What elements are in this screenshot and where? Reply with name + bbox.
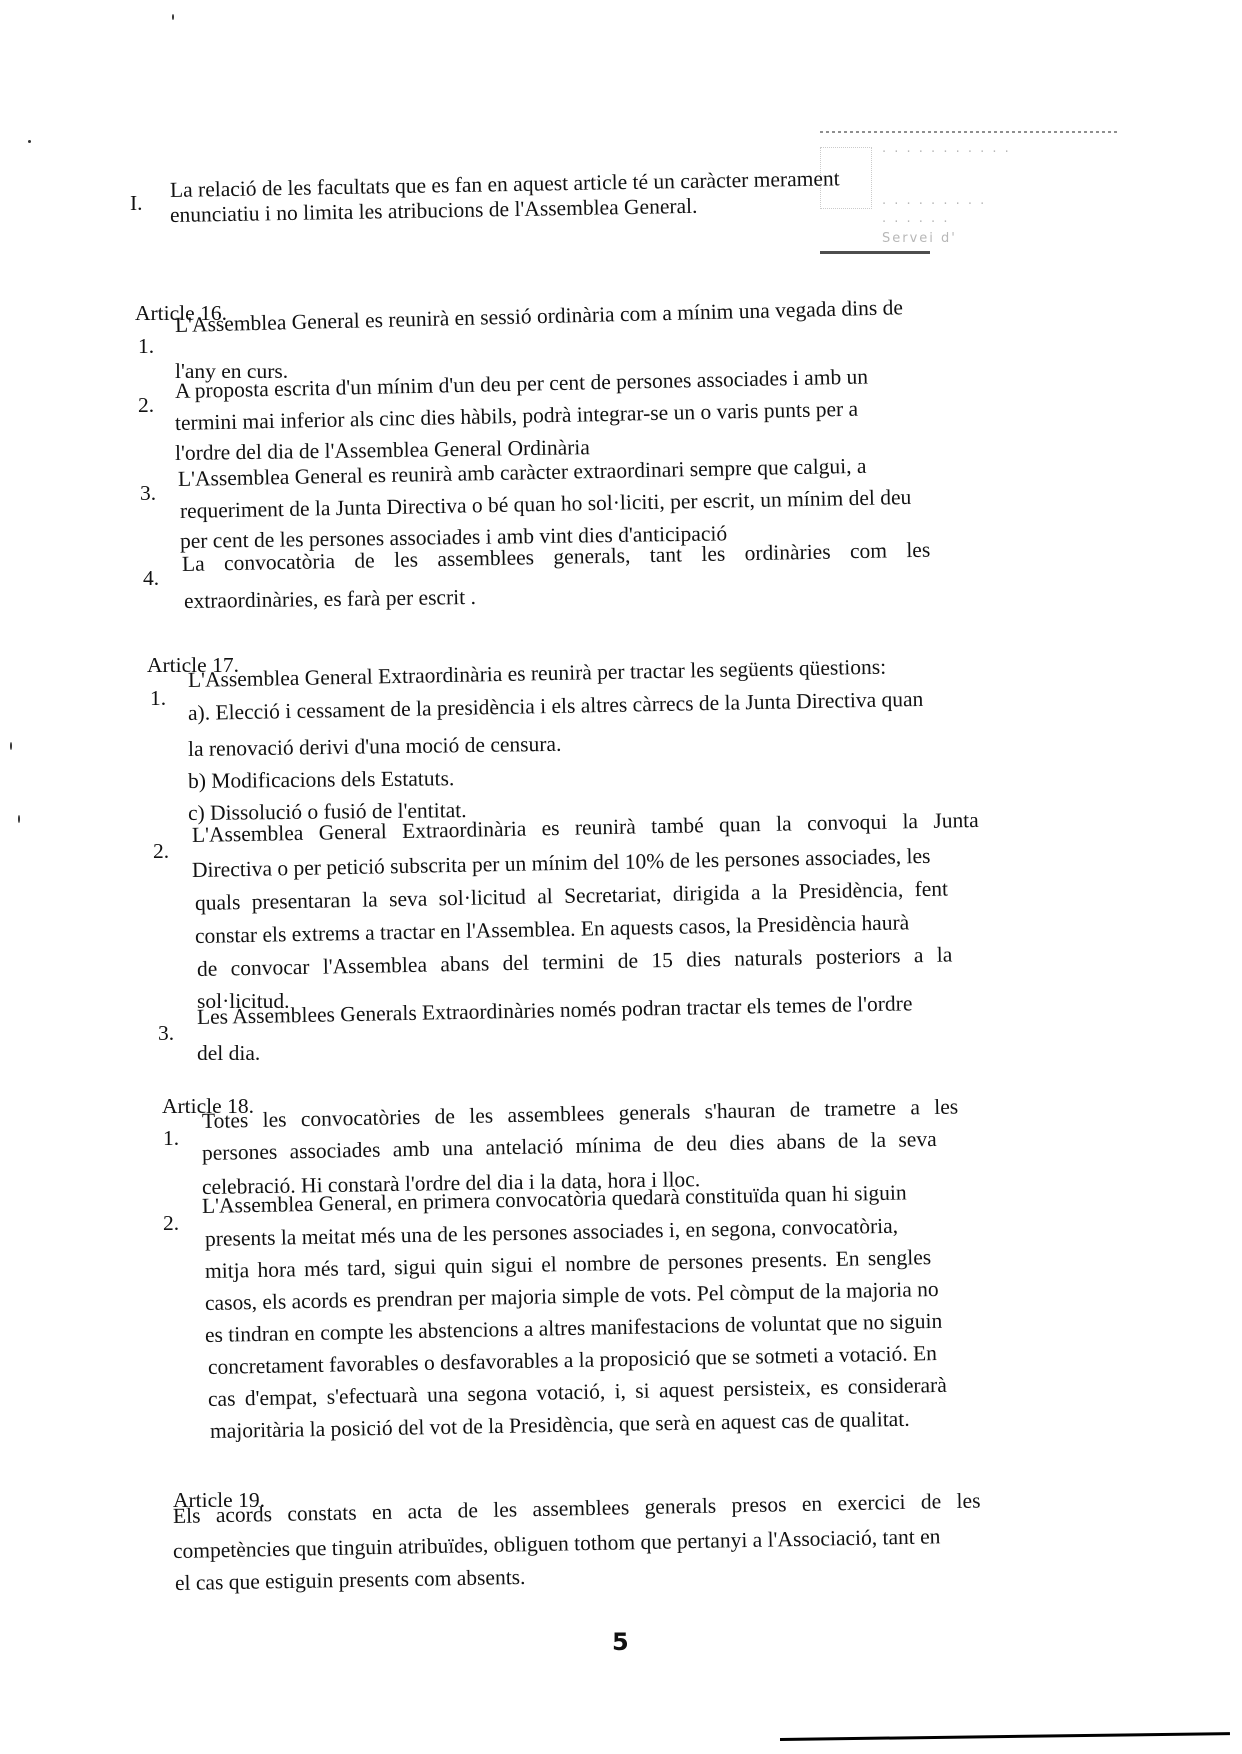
stamp-top-rule [820, 131, 1120, 133]
article-17-item-number: 2. [153, 838, 169, 864]
intro-item-number: I. [130, 190, 143, 216]
article-17-item-3-line: del dia. [197, 1040, 260, 1066]
scan-speck [172, 14, 174, 20]
article-16-item-number: 4. [143, 565, 159, 591]
article-17-item-1-subitem: la renovació derivi d'una moció de censu… [188, 731, 562, 762]
article-16-item-3-line: requeriment de la Junta Directiva o bé q… [180, 484, 912, 524]
footer-rule [780, 1732, 1230, 1741]
official-stamp: · · · · · · · · · · · · · · · · · · · · … [820, 125, 1120, 255]
article-18-item-number: 1. [163, 1125, 179, 1151]
article-17-item-2-line: de convocar l'Assemblea abans del termin… [197, 942, 953, 982]
scanned-page: · · · · · · · · · · · · · · · · · · · · … [0, 0, 1242, 1754]
article-16-item-1-line: L'Assemblea General es reunirà en sessió… [175, 294, 903, 338]
article-16-item-number: 2. [138, 392, 154, 418]
article-18-item-1-line: persones associades amb una antelació mí… [202, 1126, 937, 1166]
article-17-item-number: 3. [158, 1020, 174, 1046]
article-18-item-2-line: majoritària la posició del vot de la Pre… [210, 1406, 910, 1444]
stamp-service-label: Servei d' [882, 231, 957, 246]
page-number: 5 [612, 1628, 629, 1656]
article-16-item-number: 3. [140, 480, 156, 506]
stamp-faint-text: · · · · · · · · · [882, 197, 986, 212]
article-19-paragraph-line: competències que tinguin atribuïdes, obl… [173, 1523, 941, 1564]
stamp-bottom-rule [820, 251, 930, 254]
article-16-item-number: 1. [138, 333, 154, 359]
article-17-item-1-subitem: a). Elecció i cessament de la presidènci… [188, 686, 924, 726]
stamp-faint-text: · · · · · · [882, 215, 949, 230]
article-16-item-4-line: extraordinàries, es farà per escrit . [184, 584, 476, 614]
scan-speck [18, 815, 20, 823]
article-18-item-number: 2. [163, 1210, 179, 1236]
article-17-item-1-subitem: b) Modificacions dels Estatuts. [188, 765, 455, 794]
scan-speck [28, 140, 31, 143]
article-19-paragraph-line: Els acords constats en acta de les assem… [173, 1487, 981, 1528]
article-17-item-number: 1. [150, 685, 166, 711]
article-17-item-1-line: L'Assemblea General Extraordinària es re… [188, 654, 887, 693]
stamp-faint-text: · · · · · · · · · · · [882, 145, 1011, 160]
article-17-item-2-line: constar els extrems a tractar en l'Assem… [195, 909, 910, 949]
article-19-paragraph-line: el cas que estiguin presents com absents… [175, 1564, 526, 1596]
scan-speck [10, 742, 12, 750]
article-17-item-3-line: Les Assemblees Generals Extraordinàries … [197, 990, 913, 1030]
article-17-item-2-line: Directiva o per petició subscrita per un… [192, 843, 931, 883]
